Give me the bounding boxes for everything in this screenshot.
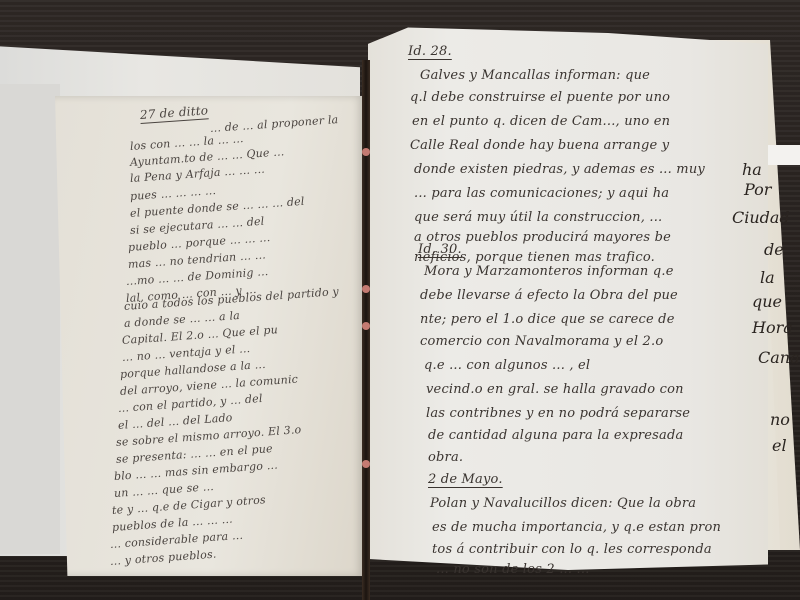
text-line: de cantidad alguna para la expresada: [428, 428, 683, 443]
text-line: es de mucha importancia, y q.e estan pro…: [432, 520, 721, 535]
section-heading: Id. 28.: [408, 44, 452, 59]
text-line: Calle Real donde hay buena arrange y: [410, 138, 669, 153]
text-line: q.l debe construirse el puente por uno: [410, 90, 670, 105]
text-line: Galves y Mancallas informan: que: [420, 68, 650, 83]
margin-fragment: ha: [742, 160, 762, 179]
binding-thread: [362, 285, 370, 293]
text-line: obra.: [428, 450, 463, 465]
text-line: ... para las comunicaciones; y aqui ha: [414, 186, 669, 201]
underlying-sheet-edge: [0, 84, 60, 554]
section-heading: 2 de Mayo.: [428, 472, 503, 487]
margin-fragment: Ciudad: [732, 208, 790, 227]
book-spine: [362, 60, 370, 600]
text-line: q.e ... con algunos ... , el: [424, 358, 590, 373]
text-line: Mora y Marzamonteros informan q.e: [424, 264, 674, 279]
text-line: en el punto q. dicen de Cam..., uno en: [412, 114, 670, 129]
text-line: nte; pero el 1.o dice que se carece de: [420, 312, 675, 327]
section-heading: Id. 30.: [418, 242, 462, 257]
text-line: donde existen piedras, y ademas es ... m…: [414, 162, 705, 177]
margin-fragment: Hora: [752, 318, 793, 337]
text-line: las contribnes y en no podrá separarse: [426, 406, 690, 421]
binding-thread: [362, 322, 370, 330]
text-line: vecind.o en gral. se halla gravado con: [426, 382, 684, 397]
margin-fragment: Por: [744, 180, 771, 199]
margin-fragment: no: [770, 410, 790, 429]
binding-thread: [362, 148, 370, 156]
margin-fragment: de: [764, 240, 784, 259]
text-line: tos á contribuir con lo q. les correspon…: [432, 542, 712, 557]
text-line: comercio con Navalmorama y el 2.o: [420, 334, 663, 349]
margin-fragment: Canar: [758, 348, 800, 367]
margin-fragment: la: [760, 268, 775, 287]
text-line: ... no son de los 2 ... ...: [436, 562, 590, 577]
text-line: Polan y Navalucillos dicen: Que la obra: [430, 496, 696, 511]
margin-fragment: que: [752, 292, 782, 311]
margin-fragment: el: [772, 436, 787, 455]
text-line: que será muy útil la construccion, ...: [414, 210, 662, 225]
binding-thread: [362, 460, 370, 468]
text-line: debe llevarse á efecto la Obra del pue: [420, 288, 678, 303]
